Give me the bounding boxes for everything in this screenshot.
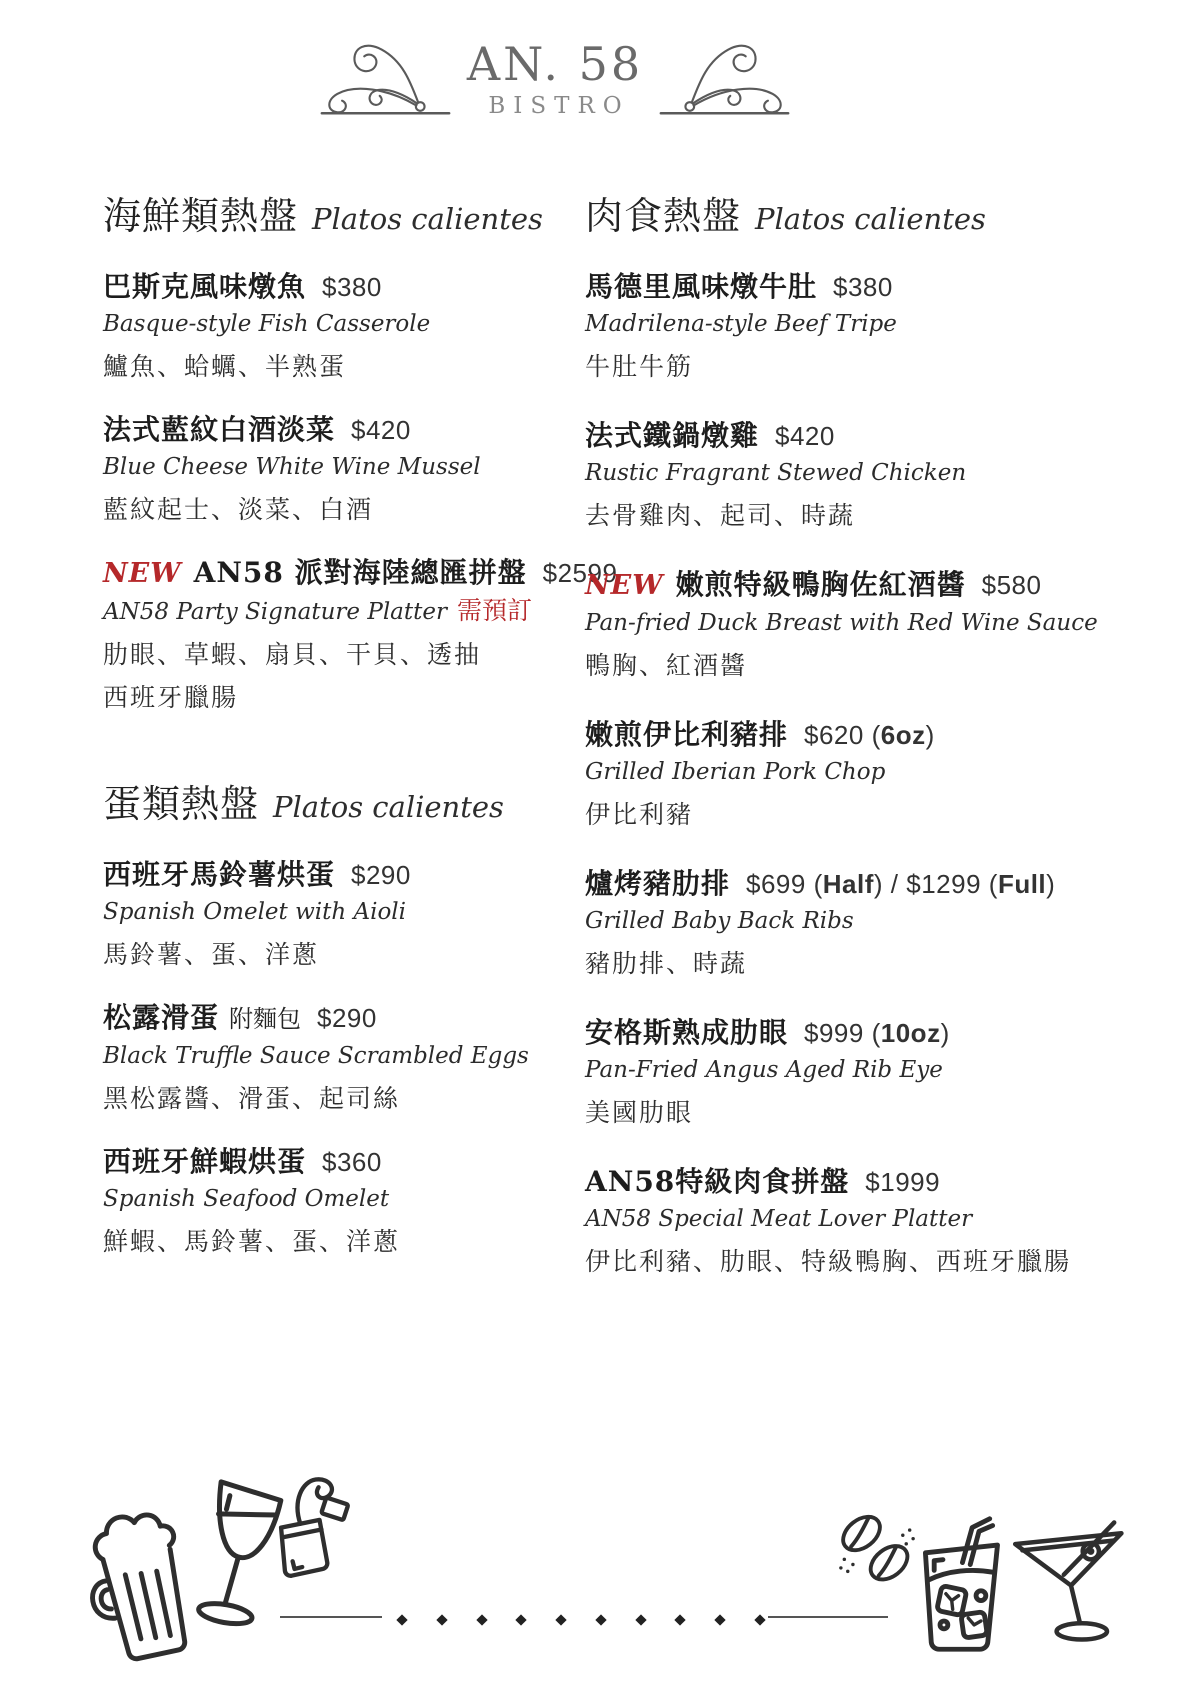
dish-name-en: Rustic Fragrant Stewed Chicken <box>585 460 966 486</box>
menu-column-right: 肉食熱盤Platos calientes馬德里風味燉牛肚$380Madrilen… <box>585 185 1130 1312</box>
dish-name-en: Grilled Iberian Pork Chop <box>585 759 885 785</box>
dish-title-line: NEW嫩煎特級鴨胸佐紅酒醬$580 <box>585 566 1130 605</box>
diamond-dot <box>396 1614 407 1625</box>
dish-ingredients: 肋眼、草蝦、扇貝、干貝、透抽 <box>103 638 573 672</box>
dish-subtitle-line: AN58 Special Meat Lover Platter <box>585 1204 1130 1236</box>
dish-name-en: Grilled Baby Back Ribs <box>585 908 854 934</box>
menu-item: 法式藍紋白酒淡菜$420Blue Cheese White Wine Musse… <box>103 411 573 527</box>
dish-name-en: Pan-Fried Angus Aged Rib Eye <box>585 1057 943 1083</box>
dish-name-zh: 法式鐵鍋燉雞 <box>585 417 759 455</box>
dish-name-en: Black Truffle Sauce Scrambled Eggs <box>103 1043 529 1069</box>
diamond-dot <box>516 1614 527 1625</box>
menu-item: 西班牙馬鈴薯烘蛋$290Spanish Omelet with Aioli馬鈴薯… <box>103 856 573 972</box>
dish-subtitle-line: Black Truffle Sauce Scrambled Eggs <box>103 1041 573 1073</box>
section-title-zh: 海鮮類熱盤 <box>103 185 298 240</box>
dish-subtitle-line: Blue Cheese White Wine Mussel <box>103 452 573 484</box>
menu-item: 馬德里風味燉牛肚$380Madrilena-style Beef Tripe牛肚… <box>585 268 1130 384</box>
dish-subtitle-line: Basque-style Fish Casserole <box>103 309 573 341</box>
dish-title-line: 松露滑蛋附麵包$290 <box>103 999 573 1038</box>
footer-divider-left <box>280 1616 382 1618</box>
dish-title-line: 法式鐵鍋燉雞$420 <box>585 417 1130 455</box>
dish-title-line: 爐烤豬肋排$699 (Half) / $1299 (Full) <box>585 865 1130 903</box>
menu-item: 巴斯克風味燉魚$380Basque-style Fish Casserole鱸魚… <box>103 268 573 384</box>
brand: AN. 58 BISTRO <box>453 41 657 120</box>
dish-name-zh: 松露滑蛋 <box>103 999 219 1037</box>
dish-name-zh: 法式藍紋白酒淡菜 <box>103 411 335 449</box>
dish-name-zh: 嫩煎特級鴨胸佐紅酒醬 <box>676 566 966 604</box>
dish-subtitle-line: Grilled Iberian Pork Chop <box>585 757 1130 789</box>
dish-ingredients: 馬鈴薯、蛋、洋蔥 <box>103 938 573 972</box>
section-title-zh: 蛋類熱盤 <box>103 773 259 828</box>
dish-price: $420 <box>775 417 835 455</box>
dish-name-zh: 馬德里風味燉牛肚 <box>585 268 817 306</box>
menu-item: NEW嫩煎特級鴨胸佐紅酒醬$580Pan-fried Duck Breast w… <box>585 566 1130 683</box>
dish-subtitle-line: Spanish Seafood Omelet <box>103 1184 573 1216</box>
martini-glass-icon <box>1008 1510 1134 1652</box>
dish-name-en: Spanish Omelet with Aioli <box>103 899 406 925</box>
dish-title-line: 西班牙馬鈴薯烘蛋$290 <box>103 856 573 894</box>
flourish-left-icon <box>318 38 453 120</box>
menu-page: AN. 58 BISTRO 海鮮類熱盤Platos calientes巴斯克風味… <box>0 0 1200 1697</box>
diamond-dot <box>555 1614 566 1625</box>
dish-name-zh: AN58 派對海陸總匯拼盤 <box>194 554 527 592</box>
diamond-dot <box>714 1614 725 1625</box>
menu-item: 安格斯熟成肋眼$999 (10oz)Pan-Fried Angus Aged R… <box>585 1014 1130 1130</box>
dish-price: $1999 <box>865 1163 940 1201</box>
dish-ingredients: 鱸魚、蛤蠣、半熟蛋 <box>103 350 573 384</box>
dish-name-en: Spanish Seafood Omelet <box>103 1186 389 1212</box>
dish-price: $360 <box>322 1143 382 1181</box>
dish-name-en: Basque-style Fish Casserole <box>103 311 430 337</box>
section-title-sub: Platos calientes <box>312 202 543 236</box>
dish-name-zh: 西班牙馬鈴薯烘蛋 <box>103 856 335 894</box>
dish-price: $380 <box>322 268 382 306</box>
dish-price: $620 (6oz) <box>804 716 935 754</box>
section-heading: 海鮮類熱盤Platos calientes <box>103 185 573 240</box>
dish-title-line: AN58特級肉食拼盤$1999 <box>585 1163 1130 1201</box>
flourish-right-icon <box>657 38 792 120</box>
dish-ingredients: 伊比利豬、肋眼、特級鴨胸、西班牙臘腸 <box>585 1245 1130 1279</box>
dish-price: $420 <box>351 411 411 449</box>
section-title-sub: Platos calientes <box>273 790 504 824</box>
dish-price: $580 <box>982 566 1042 604</box>
menu-column-left: 海鮮類熱盤Platos calientes巴斯克風味燉魚$380Basque-s… <box>103 185 573 1286</box>
dish-price: $290 <box>317 999 377 1037</box>
dish-ingredients: 鮮蝦、馬鈴薯、蛋、洋蔥 <box>103 1225 573 1259</box>
dish-subtitle-line: Grilled Baby Back Ribs <box>585 906 1130 938</box>
dish-title-line: 馬德里風味燉牛肚$380 <box>585 268 1130 306</box>
dish-price: $380 <box>833 268 893 306</box>
diamond-dot <box>595 1614 606 1625</box>
dish-ingredients: 鴨胸、紅酒醬 <box>585 649 1130 683</box>
dish-ingredients: 豬肋排、時蔬 <box>585 947 1130 981</box>
new-badge: NEW <box>585 567 664 605</box>
dish-subtitle-line: Madrilena-style Beef Tripe <box>585 309 1130 341</box>
menu-item: 松露滑蛋附麵包$290Black Truffle Sauce Scrambled… <box>103 999 573 1116</box>
dish-name-en: Blue Cheese White Wine Mussel <box>103 454 481 480</box>
footer-diamond-dots <box>398 1616 764 1624</box>
dish-name-en: Pan-fried Duck Breast with Red Wine Sauc… <box>585 610 1098 636</box>
header: AN. 58 BISTRO <box>318 38 792 120</box>
dish-title-line: 西班牙鮮蝦烘蛋$360 <box>103 1143 573 1181</box>
brand-subtitle: BISTRO <box>453 95 657 118</box>
dish-price: $999 (10oz) <box>804 1014 950 1052</box>
diamond-dot <box>754 1614 765 1625</box>
menu-item: 爐烤豬肋排$699 (Half) / $1299 (Full)Grilled B… <box>585 865 1130 981</box>
dish-title-line: 巴斯克風味燉魚$380 <box>103 268 573 306</box>
section-title-zh: 肉食熱盤 <box>585 185 741 240</box>
diamond-dot <box>635 1614 646 1625</box>
dish-subtitle-line: AN58 Party Signature Platter需預訂 <box>103 596 573 629</box>
dish-name-zh: 西班牙鮮蝦烘蛋 <box>103 1143 306 1181</box>
section-heading: 蛋類熱盤Platos calientes <box>103 773 573 828</box>
menu-item: 法式鐵鍋燉雞$420Rustic Fragrant Stewed Chicken… <box>585 417 1130 533</box>
diamond-dot <box>436 1614 447 1625</box>
dish-title-line: 法式藍紋白酒淡菜$420 <box>103 411 573 449</box>
menu-item: 嫩煎伊比利豬排$620 (6oz)Grilled Iberian Pork Ch… <box>585 716 1130 832</box>
menu-item: AN58特級肉食拼盤$1999AN58 Special Meat Lover P… <box>585 1163 1130 1279</box>
dish-name-en: AN58 Party Signature Platter <box>103 599 447 625</box>
tea-bag-icon <box>258 1468 358 1593</box>
dish-title-line: NEWAN58 派對海陸總匯拼盤$2599 <box>103 554 573 593</box>
section-title-sub: Platos calientes <box>755 202 986 236</box>
dish-subtitle-line: Pan-Fried Angus Aged Rib Eye <box>585 1055 1130 1087</box>
dish-ingredients: 牛肚牛筋 <box>585 350 1130 384</box>
dish-name-zh: 安格斯熟成肋眼 <box>585 1014 788 1052</box>
dish-title-line: 安格斯熟成肋眼$999 (10oz) <box>585 1014 1130 1052</box>
dish-price: $699 (Half) / $1299 (Full) <box>746 865 1055 903</box>
dish-name-zh: 爐烤豬肋排 <box>585 865 730 903</box>
dish-price: $290 <box>351 856 411 894</box>
dish-ingredients: 伊比利豬 <box>585 798 1130 832</box>
reservation-note: 需預訂 <box>457 596 532 625</box>
dish-name-en: AN58 Special Meat Lover Platter <box>585 1206 972 1232</box>
dish-title-line: 嫩煎伊比利豬排$620 (6oz) <box>585 716 1130 754</box>
new-badge: NEW <box>103 555 182 593</box>
iced-drink-icon <box>904 1506 1016 1662</box>
dish-ingredients: 西班牙臘腸 <box>103 681 573 715</box>
dish-ingredients: 美國肋眼 <box>585 1096 1130 1130</box>
menu-item: 西班牙鮮蝦烘蛋$360Spanish Seafood Omelet鮮蝦、馬鈴薯、… <box>103 1143 573 1259</box>
dish-subtitle-line: Spanish Omelet with Aioli <box>103 897 573 929</box>
dish-name-zh: 嫩煎伊比利豬排 <box>585 716 788 754</box>
footer-divider-right <box>768 1616 888 1618</box>
menu-item: NEWAN58 派對海陸總匯拼盤$2599AN58 Party Signatur… <box>103 554 573 715</box>
dish-name-en: Madrilena-style Beef Tripe <box>585 311 897 337</box>
dish-name-zh: 巴斯克風味燉魚 <box>103 268 306 306</box>
dish-ingredients: 藍紋起士、淡菜、白酒 <box>103 493 573 527</box>
dish-name-note: 附麵包 <box>229 1000 301 1038</box>
dish-ingredients: 黑松露醬、滑蛋、起司絲 <box>103 1082 573 1116</box>
dish-name-zh: AN58特級肉食拼盤 <box>585 1163 849 1201</box>
dish-subtitle-line: Rustic Fragrant Stewed Chicken <box>585 458 1130 490</box>
dish-subtitle-line: Pan-fried Duck Breast with Red Wine Sauc… <box>585 608 1130 640</box>
diamond-dot <box>675 1614 686 1625</box>
brand-name: AN. 58 <box>453 41 657 87</box>
dish-ingredients: 去骨雞肉、起司、時蔬 <box>585 499 1130 533</box>
section-heading: 肉食熱盤Platos calientes <box>585 185 1130 240</box>
diamond-dot <box>476 1614 487 1625</box>
